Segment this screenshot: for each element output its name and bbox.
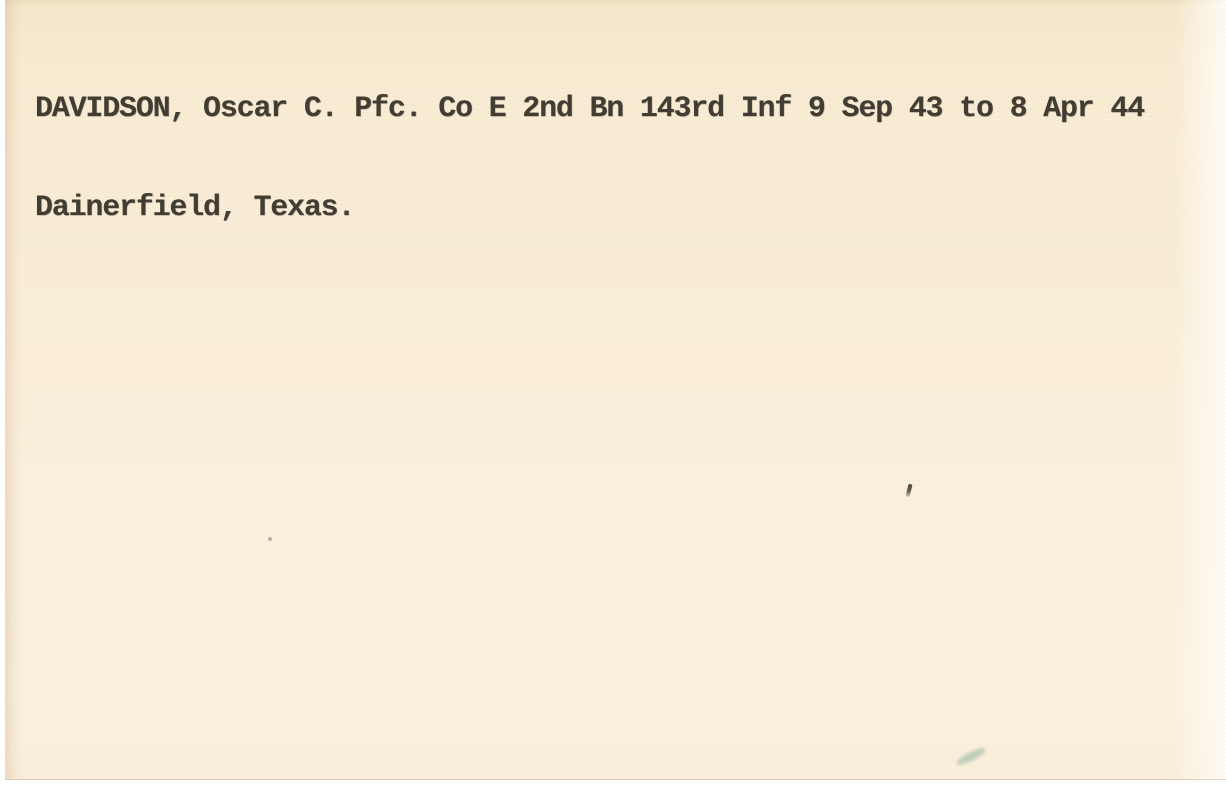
typed-line-hometown: Dainerfield, Texas. [35,192,1144,225]
typed-line-service-record: DAVIDSON, Oscar C. Pfc. Co E 2nd Bn 143r… [35,93,1144,126]
scanned-card-page: DAVIDSON, Oscar C. Pfc. Co E 2nd Bn 143r… [0,0,1226,793]
faint-dot-mark [268,537,272,541]
index-card: DAVIDSON, Oscar C. Pfc. Co E 2nd Bn 143r… [5,0,1226,780]
typed-text-block: DAVIDSON, Oscar C. Pfc. Co E 2nd Bn 143r… [35,27,1144,291]
teal-pencil-smudge-mark [955,745,988,768]
ink-speck-mark [905,484,912,498]
